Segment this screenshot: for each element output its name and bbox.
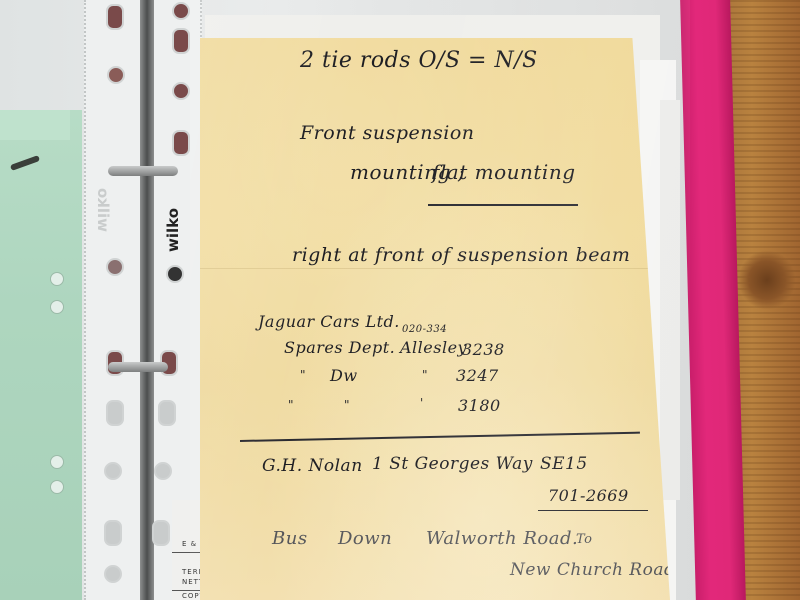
brand-label: wilko [164, 208, 182, 252]
green-document-tab [0, 110, 70, 140]
ditto-mark: " [288, 398, 294, 412]
punched-pocket-strip [84, 0, 148, 600]
punch-hole [154, 462, 172, 480]
ditto-mark: ' [420, 396, 424, 410]
green-hole [50, 480, 64, 494]
note-line: Front suspension [300, 122, 475, 144]
bus-note: To [576, 532, 593, 547]
punch-hole [166, 265, 184, 283]
exchange-name: Allesley [400, 338, 467, 357]
punch-hole [172, 130, 190, 156]
punch-hole [172, 82, 190, 100]
contact-address: 1 St Georges Way [372, 454, 533, 474]
ditto-mark: " [300, 368, 306, 382]
green-document [0, 110, 82, 600]
divider-line [240, 432, 640, 442]
punch-hole [104, 462, 122, 480]
photo-scene: wilko wilko E & O. TERMS NETT COPY/CAT 2… [0, 0, 800, 600]
note-title: 2 tie rods O/S = N/S [300, 48, 538, 73]
brand-label-mirrored: wilko [94, 188, 112, 232]
white-paper-edge [660, 100, 680, 500]
contact-name: G.H. Nolan [262, 456, 363, 476]
note-line: right at front of suspension beam [292, 244, 630, 266]
punch-hole [106, 4, 124, 30]
punch-hole [106, 258, 124, 276]
bus-note: Bus [272, 528, 308, 549]
department: Dw [330, 366, 358, 385]
punch-hole [172, 28, 190, 54]
punch-hole [158, 400, 176, 426]
punch-hole [172, 2, 190, 20]
paper-fold [200, 268, 670, 269]
contact-postcode: SE15 [540, 454, 588, 474]
phone-number: 3238 [462, 340, 505, 359]
binder-ring [108, 166, 178, 176]
underline [428, 204, 578, 206]
handwritten-note: 2 tie rods O/S = N/S Front suspension mo… [200, 38, 670, 600]
green-hole [50, 300, 64, 314]
phone-number: 3180 [458, 396, 501, 415]
ditto-mark: " [422, 368, 428, 382]
punch-hole [152, 520, 170, 546]
binder-ring [108, 362, 168, 372]
punch-hole [106, 400, 124, 426]
phone-number: 3247 [456, 366, 499, 385]
department: Spares Dept. [284, 338, 395, 357]
ditto-mark: " [344, 398, 350, 412]
green-hole [50, 455, 64, 469]
note-line-underlined: flat mounting [432, 160, 576, 184]
exchange-code: 020-334 [402, 324, 447, 335]
punch-hole [104, 565, 122, 583]
green-hole [50, 272, 64, 286]
bus-note: Down [338, 528, 392, 549]
binder-ring-spine [140, 0, 154, 600]
wood-knot [738, 250, 796, 310]
contact-phone: 701-2669 [548, 486, 629, 505]
bus-note: Walworth Road. [426, 528, 578, 549]
company-name: Jaguar Cars Ltd. [258, 312, 400, 331]
punch-hole [107, 66, 125, 84]
underline [538, 510, 648, 511]
bus-note: New Church Road [510, 560, 675, 580]
punch-hole [104, 520, 122, 546]
